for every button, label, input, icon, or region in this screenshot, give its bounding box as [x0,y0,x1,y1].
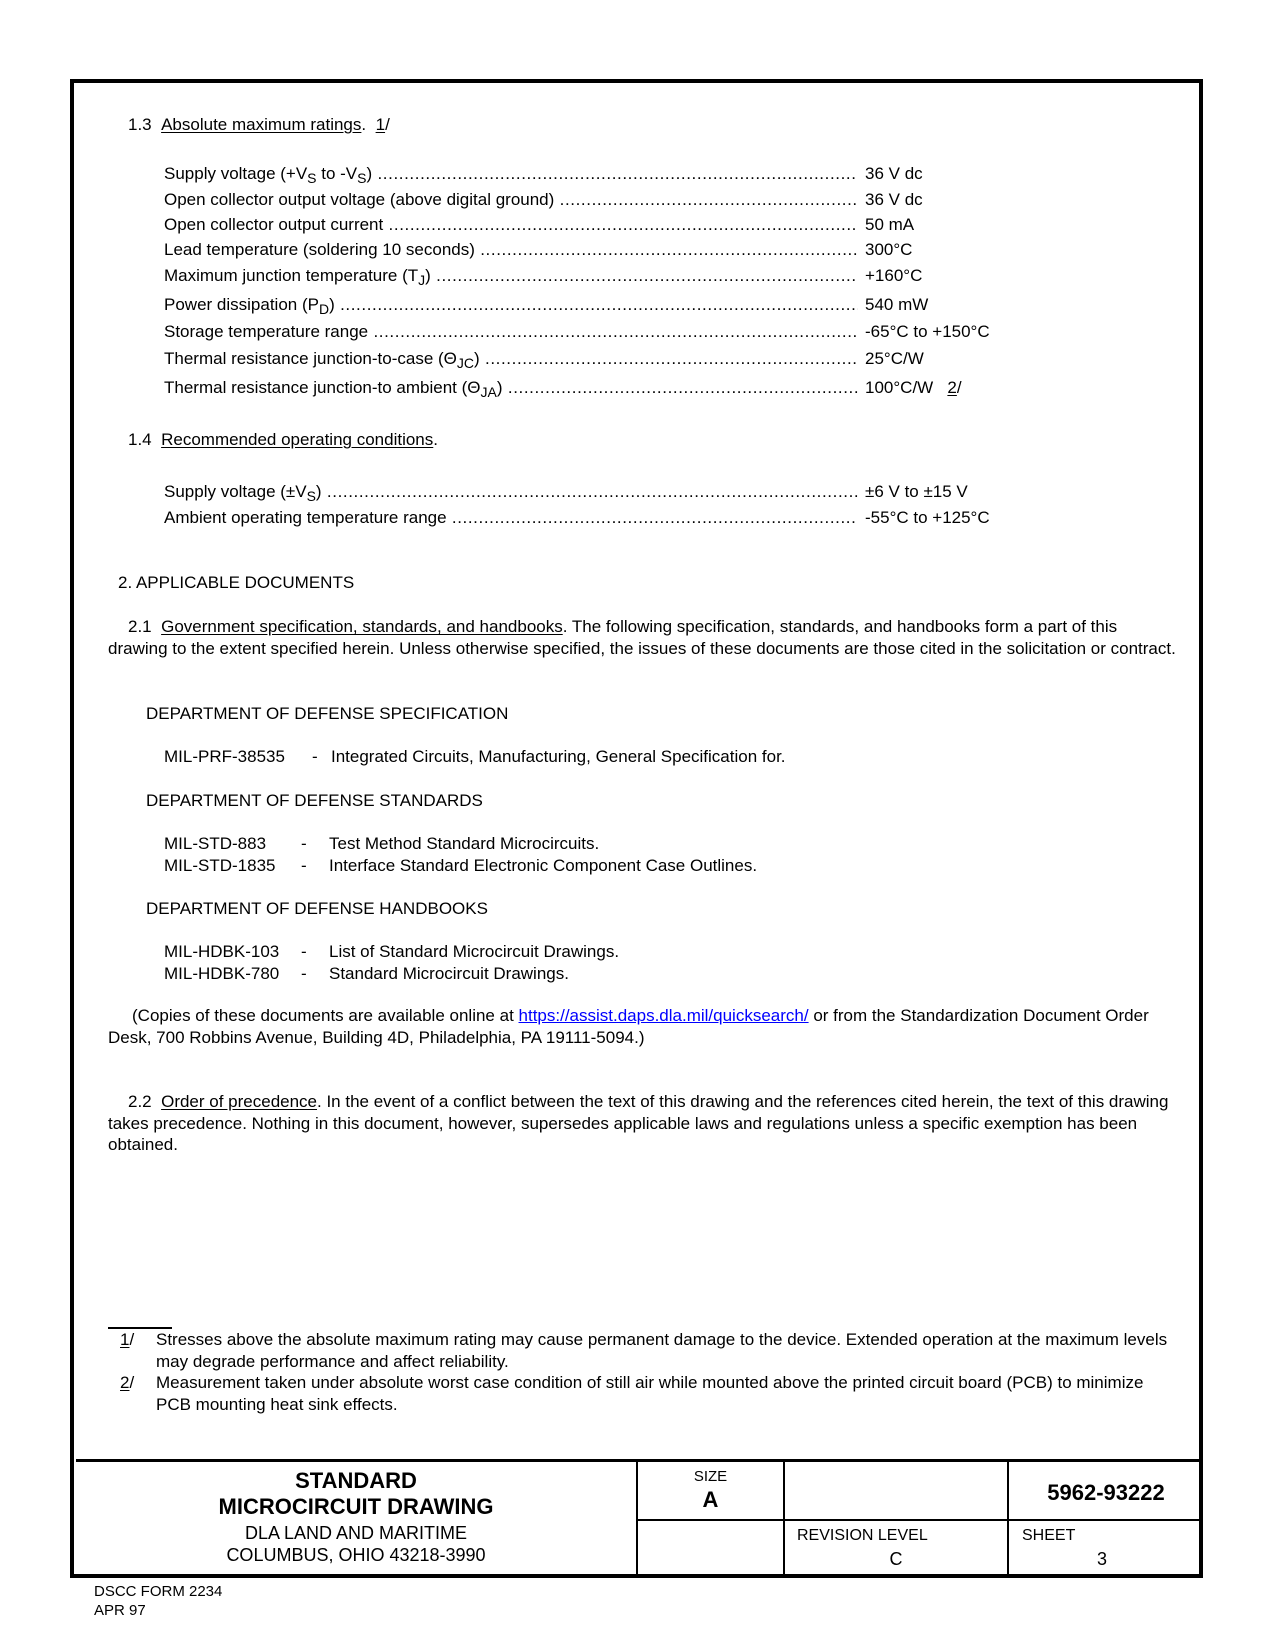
revision-label: REVISION LEVEL [797,1527,928,1545]
reference-dash: - [301,833,307,855]
rating-value: 50 mA [865,214,914,236]
section-2-1-paragraph: 2.1 Government specification, standards,… [108,616,1178,659]
rating-row: Open collector output voltage (above dig… [164,189,1006,211]
title-block-divider [1007,1459,1009,1576]
copies-text: (Copies of these documents are available… [132,1006,519,1025]
title-suffix: . [361,115,366,134]
form-date: APR 97 [94,1601,146,1620]
reference-dash: - [301,941,307,963]
reference-code: MIL-HDBK-103 [164,941,279,963]
reference-title: List of Standard Microcircuit Drawings. [329,941,619,963]
section-title: Order of precedence [161,1092,317,1111]
title-address: COLUMBUS, OHIO 43218-3990 [76,1544,636,1566]
reference-code: MIL-STD-1835 [164,855,275,877]
footnote-1: 1/ Stresses above the absolute maximum r… [120,1329,1180,1372]
reference-title: Standard Microcircuit Drawings. [329,963,569,985]
rating-row: Supply voltage (±VS)±6 V to ±15 V [164,481,1006,503]
section-number: 1.3 [128,115,152,134]
reference-code: MIL-HDBK-780 [164,963,279,985]
size-label: SIZE [638,1468,783,1485]
footnote-num-text: 2 [120,1373,129,1392]
rating-label: Power dissipation (PD) [164,294,858,316]
footnote-ref[interactable]: 2 [947,378,956,397]
rating-label: Thermal resistance junction-to-case (ΘJC… [164,348,858,370]
indent [108,617,128,636]
reference-title: Test Method Standard Microcircuits. [329,833,599,855]
rating-row: Power dissipation (PD)540 mW [164,294,1006,316]
size-value: A [638,1487,783,1513]
rating-row: Open collector output current50 mA [164,214,1006,236]
title-microcircuit-drawing: MICROCIRCUIT DRAWING [76,1494,636,1520]
reference-item: MIL-HDBK-780-Standard Microcircuit Drawi… [164,963,279,985]
rating-value: -65°C to +150°C [865,321,990,343]
drawing-number: 5962-93222 [1009,1480,1203,1506]
footnote-number: 2/ [120,1372,134,1394]
rating-label: Storage temperature range [164,321,858,343]
reference-item: MIL-PRF-38535-Integrated Circuits, Manuf… [164,746,285,768]
reference-group-heading: DEPARTMENT OF DEFENSE HANDBOOKS [146,898,488,919]
title-organization: DLA LAND AND MARITIME [76,1522,636,1544]
reference-item: MIL-STD-1835-Interface Standard Electron… [164,855,275,877]
rating-row: Ambient operating temperature range-55°C… [164,507,1006,529]
rating-value: 300°C [865,239,912,261]
footnote-2: 2/ Measurement taken under absolute wors… [120,1372,1180,1415]
section-number: 1.4 [128,430,152,449]
rating-value: 36 V dc [865,189,923,211]
rating-value: -55°C to +125°C [865,507,990,529]
title-standard: STANDARD [76,1468,636,1494]
title-block-mid-border [636,1519,1203,1521]
reference-code: MIL-PRF-38535 [164,746,285,768]
reference-dash: - [312,746,318,768]
rating-value: 36 V dc [865,163,923,185]
indent [108,1006,132,1025]
revision-value: C [785,1549,1007,1570]
rating-value: 540 mW [865,294,928,316]
footnote-text: Stresses above the absolute maximum rati… [120,1329,1180,1372]
title-suffix: . [433,430,438,449]
section-1-4-heading: 1.4 Recommended operating conditions. [128,429,438,450]
section-2-2-paragraph: 2.2 Order of precedence. In the event of… [108,1091,1178,1156]
section-1-3-heading: 1.3 Absolute maximum ratings. 1/ [128,114,390,135]
form-number: DSCC FORM 2234 [94,1582,222,1601]
section-title: Recommended operating conditions [161,430,433,449]
rating-row: Storage temperature range-65°C to +150°C [164,321,1006,343]
footnote-number: 1/ [120,1329,134,1351]
rating-row: Lead temperature (soldering 10 seconds)3… [164,239,1006,261]
section-2-heading: 2. APPLICABLE DOCUMENTS [118,572,354,593]
reference-dash: - [301,963,307,985]
rating-label: Open collector output voltage (above dig… [164,189,858,211]
rating-value: 25°C/W [865,348,924,370]
footnote-ref[interactable]: 1 [376,115,385,134]
title-block-top-border [76,1459,1203,1462]
sheet-value: 3 [1097,1549,1107,1570]
rating-row: Thermal resistance junction-to-case (ΘJC… [164,348,1006,370]
rating-label: Open collector output current [164,214,858,236]
rating-value: +160°C [865,265,922,287]
sheet-label: SHEET [1022,1527,1075,1545]
section-number: 2.1 [128,617,152,636]
rating-value: ±6 V to ±15 V [865,481,968,503]
assist-quicksearch-link[interactable]: https://assist.daps.dla.mil/quicksearch/ [519,1006,809,1025]
reference-code: MIL-STD-883 [164,833,266,855]
reference-item: MIL-HDBK-103-List of Standard Microcircu… [164,941,279,963]
rating-label: Supply voltage (±VS) [164,481,858,503]
rating-row: Maximum junction temperature (TJ)+160°C [164,265,1006,287]
reference-dash: - [301,855,307,877]
reference-group-heading: DEPARTMENT OF DEFENSE SPECIFICATION [146,703,508,724]
footnote-text: Measurement taken under absolute worst c… [120,1372,1180,1415]
rating-label: Maximum junction temperature (TJ) [164,265,858,287]
copies-paragraph: (Copies of these documents are available… [108,1005,1178,1048]
rating-label: Supply voltage (+VS to -VS) [164,163,858,185]
section-title: Absolute maximum ratings [161,115,361,134]
rating-label: Lead temperature (soldering 10 seconds) [164,239,858,261]
rating-row: Supply voltage (+VS to -VS)36 V dc [164,163,1006,185]
rating-label: Ambient operating temperature range [164,507,858,529]
rating-label: Thermal resistance junction-to ambient (… [164,377,858,399]
reference-title: Interface Standard Electronic Component … [329,855,757,877]
rating-row: Thermal resistance junction-to ambient (… [164,377,1006,399]
reference-title: Integrated Circuits, Manufacturing, Gene… [331,746,786,768]
reference-item: MIL-STD-883-Test Method Standard Microci… [164,833,266,855]
section-number: 2.2 [128,1092,152,1111]
footnote-num-text: 1 [120,1330,129,1349]
rating-value: 100°C/W 2/ [865,377,962,399]
indent [108,1092,128,1111]
reference-group-heading: DEPARTMENT OF DEFENSE STANDARDS [146,790,483,811]
section-title: Government specification, standards, and… [161,617,563,636]
